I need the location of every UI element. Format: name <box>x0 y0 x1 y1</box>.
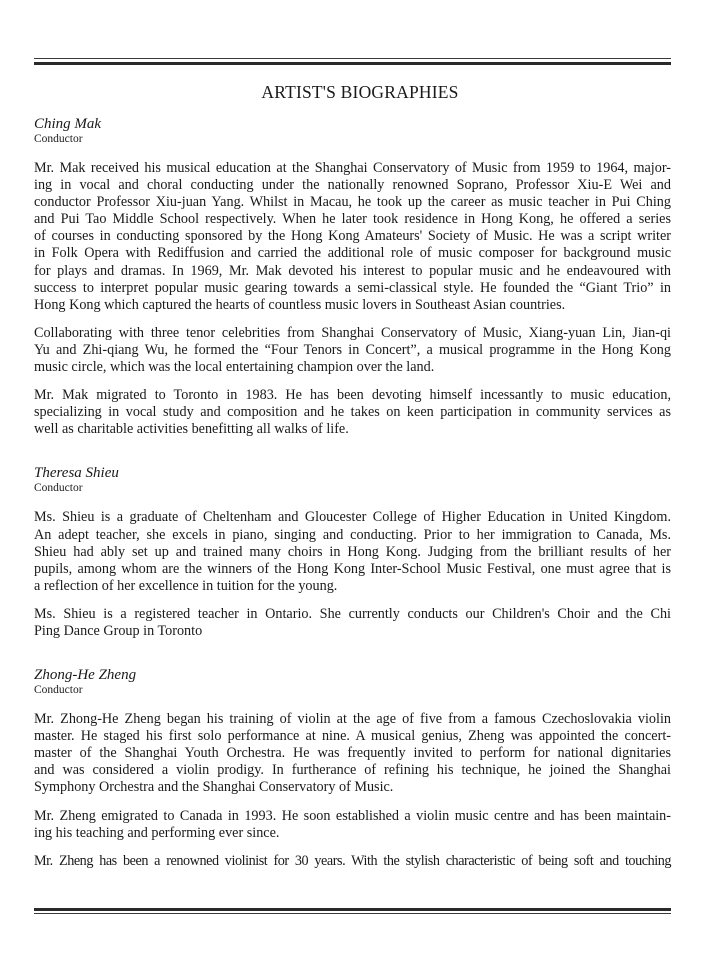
text-line: Collaborating with three tenor celebriti… <box>34 325 671 342</box>
bottom-rule-thick-line <box>34 908 671 911</box>
text-line: Ping Dance Group in Toronto <box>34 623 671 640</box>
bottom-rule-thin-line <box>34 913 671 914</box>
text-line: ing his teaching and performing ever sin… <box>34 825 671 842</box>
text-line: Mr. Zheng emigrated to Canada in 1993. H… <box>34 808 671 825</box>
text-line: master of the Shanghai Youth Orchestra. … <box>34 745 671 762</box>
artist-role: Conductor <box>34 481 671 495</box>
bio-paragraph: Mr. Mak received his musical education a… <box>34 160 671 314</box>
bio-paragraph: Mr. Zhong-He Zheng began his training of… <box>34 711 671 796</box>
text-line: a reflection of her excellence in tuitio… <box>34 578 671 595</box>
bio-ching-mak: Ching Mak Conductor Mr. Mak received his… <box>34 116 671 438</box>
artist-name: Ching Mak <box>34 116 671 132</box>
text-line: Ms. Shieu is a graduate of Cheltenham an… <box>34 509 671 526</box>
bio-theresa-shieu: Theresa Shieu Conductor Ms. Shieu is a g… <box>34 465 671 640</box>
text-line: Hong Kong which captured the hearts of c… <box>34 297 671 314</box>
top-double-rule <box>34 58 671 65</box>
text-line: conductor Professor Xiu-juan Yang. Whils… <box>34 194 671 211</box>
text-line: Mr. Zhong-He Zheng began his training of… <box>34 711 671 728</box>
text-line: pupils, among whom are the winners of th… <box>34 561 671 578</box>
bio-paragraph: Mr. Zheng emigrated to Canada in 1993. H… <box>34 808 671 842</box>
bio-paragraph: Ms. Shieu is a registered teacher in Ont… <box>34 606 671 640</box>
page-title: ARTIST'S BIOGRAPHIES <box>0 82 720 103</box>
artist-name: Zhong-He Zheng <box>34 667 671 683</box>
biographies-content: Ching Mak Conductor Mr. Mak received his… <box>34 116 671 870</box>
text-line: Mr. Mak received his musical education a… <box>34 160 671 177</box>
bio-zhong-he-zheng: Zhong-He Zheng Conductor Mr. Zhong-He Zh… <box>34 667 671 870</box>
artist-role: Conductor <box>34 132 671 146</box>
text-line: Mr. Mak migrated to Toronto in 1983. He … <box>34 387 671 404</box>
text-line: Shieu had ably set up and trained many c… <box>34 544 671 561</box>
text-line: success to interpret popular music geari… <box>34 280 671 297</box>
artist-name: Theresa Shieu <box>34 465 671 481</box>
text-line: specializing in vocal study and composit… <box>34 404 671 421</box>
text-line: Yu and Zhi-qiang Wu, he formed the “Four… <box>34 342 671 359</box>
text-line: in Folk Opera with Rediffusion and carri… <box>34 245 671 262</box>
artist-role: Conductor <box>34 683 671 697</box>
bio-paragraph: Ms. Shieu is a graduate of Cheltenham an… <box>34 509 671 594</box>
top-rule-thin-line <box>34 58 671 59</box>
text-line: Symphony Orchestra and the Shanghai Cons… <box>34 779 671 796</box>
text-line: and was considered a violin prodigy. In … <box>34 762 671 779</box>
text-line: An adept teacher, she excels in piano, s… <box>34 527 671 544</box>
text-line: ing in vocal and choral conducting under… <box>34 177 671 194</box>
text-line: Ms. Shieu is a registered teacher in Ont… <box>34 606 671 623</box>
text-line: master. He staged his first solo perform… <box>34 728 671 745</box>
text-line: of courses in conducting sponsored by th… <box>34 228 671 245</box>
text-line: Mr. Zheng has been a renowned violinist … <box>34 853 671 870</box>
bio-paragraph: Mr. Zheng has been a renowned violinist … <box>34 853 671 870</box>
text-line: well as charitable activities benefittin… <box>34 421 671 438</box>
text-line: for plays and dramas. In 1969, Mr. Mak d… <box>34 263 671 280</box>
top-rule-thick-line <box>34 62 671 65</box>
bottom-double-rule <box>34 908 671 914</box>
text-line: music circle, which was the local entert… <box>34 359 671 376</box>
text-line: and Pui Tao Middle School respectively. … <box>34 211 671 228</box>
bio-paragraph: Collaborating with three tenor celebriti… <box>34 325 671 376</box>
bio-paragraph: Mr. Mak migrated to Toronto in 1983. He … <box>34 387 671 438</box>
